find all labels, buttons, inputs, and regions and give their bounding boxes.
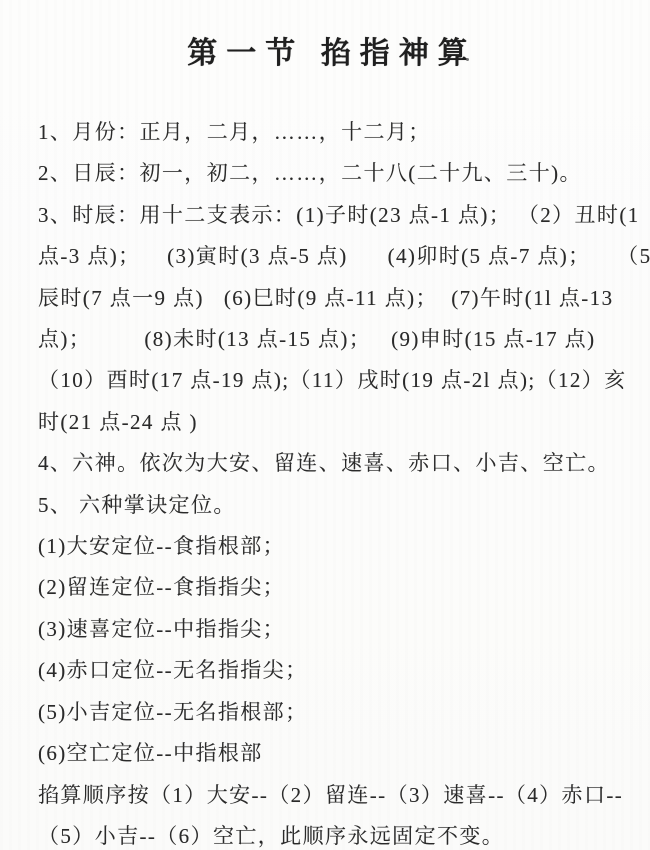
section-title: 第一节 掐指神算: [38, 28, 626, 72]
text-line-position-kongwang: (6)空亡定位--中指根部: [38, 733, 626, 774]
scan-artifact-dot: [466, 58, 469, 61]
document-body: 1、月份：正月，二月，……，十二月； 2、日辰：初一，初二，……，二十八(二十九…: [38, 112, 626, 850]
text-line-days: 2、日辰：初一，初二，……，二十八(二十九、三十)。: [38, 153, 626, 194]
text-line-order-2: （5）小吉--（6）空亡，此顺序永远固定不变。: [38, 816, 626, 850]
text-line-hours-2: 点-3 点)； (3)寅时(3 点-5 点) (4)卯时(5 点-7 点)； （…: [38, 236, 626, 277]
text-line-position-suxi: (3)速喜定位--中指指尖；: [38, 609, 626, 650]
text-line-palm-positions-heading: 5、 六种掌诀定位。: [38, 485, 626, 526]
text-line-position-daan: (1)大安定位--食指根部；: [38, 526, 626, 567]
text-line-hours-1: 3、时辰：用十二支表示：(1)子时(23 点-1 点)； （2）丑时(1: [38, 195, 626, 236]
text-line-order-1: 掐算顺序按（1）大安--（2）留连--（3）速喜--（4）赤口--: [38, 775, 626, 816]
text-line-position-chikou: (4)赤口定位--无名指指尖；: [38, 650, 626, 691]
text-line-hours-6: 时(21 点-24 点 ): [38, 402, 626, 443]
text-line-position-liulian: (2)留连定位--食指指尖；: [38, 567, 626, 608]
text-line-six-spirits: 4、六神。依次为大安、留连、速喜、赤口、小吉、空亡。: [38, 443, 626, 484]
scanned-document-page: 第一节 掐指神算 1、月份：正月，二月，……，十二月； 2、日辰：初一，初二，……: [0, 0, 650, 850]
text-line-months: 1、月份：正月，二月，……，十二月；: [38, 112, 626, 153]
text-line-position-xiaoji: (5)小吉定位--无名指根部；: [38, 692, 626, 733]
text-line-hours-5: （10）酉时(17 点-19 点);（11）戌时(19 点-2l 点);（12）…: [38, 360, 626, 401]
text-line-hours-4: 点)； (8)未时(13 点-15 点)； (9)申时(15 点-17 点): [38, 319, 626, 360]
text-line-hours-3: 辰时(7 点一9 点) (6)巳时(9 点-11 点)； (7)午时(1l 点-…: [38, 278, 626, 319]
